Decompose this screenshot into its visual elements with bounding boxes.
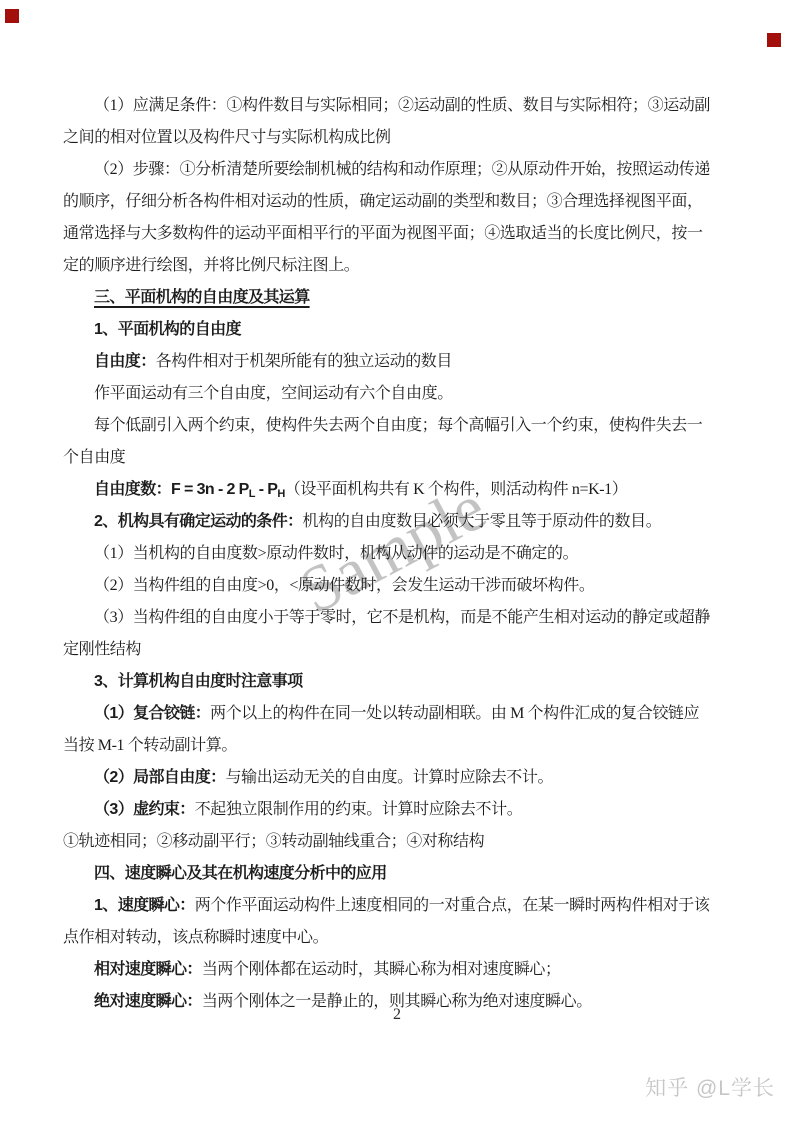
section-heading-three: 三、平面机构的自由度及其运算 — [63, 282, 733, 314]
text-segment: 点作相对转动，该点称瞬时速度中心。 — [63, 929, 328, 946]
text-segment: 当两个刚体都在运动时，其瞬心称为相对速度瞬心； — [202, 961, 561, 978]
term-relative-instant-center: 相对速度瞬心：当两个刚体都在运动时，其瞬心称为相对速度瞬心； — [63, 954, 733, 986]
text-segment: 三、平面机构的自由度及其运算 — [94, 289, 310, 306]
para-steps-l2: 的顺序，仔细分析各构件相对运动的性质，确定运动副的类型和数目；③合理选择视图平面… — [63, 186, 733, 218]
item-dof-lessequal-l1: （3）当构件组的自由度小于等于零时，它不是机构，而是不能产生相对运动的静定或超静 — [63, 602, 733, 634]
text-segment: - P — [255, 481, 278, 498]
text-segment: 每个低副引入两个约束，使构件失去两个自由度；每个高幅引入一个约束，使构件失去一 — [94, 417, 702, 434]
text-segment: 当按 M-1 个转动副计算。 — [63, 737, 237, 754]
text-segment: （2）局部自由度： — [94, 769, 226, 786]
text-segment: 3、计算机构自由度时注意事项 — [94, 673, 303, 690]
text-segment: 两个以上的构件在同一处以转动副相联。由 M 个构件汇成的复合铰链应 — [210, 705, 699, 722]
term-local-freedom: （2）局部自由度：与输出运动无关的自由度。计算时应除去不计。 — [63, 762, 733, 794]
page-number: 2 — [0, 1006, 794, 1024]
list-virtual-constraint-cases: ①轨迹相同；②移动副平行；③转动副轴线重合；④对称结构 — [63, 826, 733, 858]
para-steps-l1: （2）步骤：①分析清楚所要绘制机械的结构和动作原理；②从原动件开始，按照运动传递 — [63, 154, 733, 186]
para-steps-l4: 定的顺序进行绘图，并将比例尺标注图上。 — [63, 250, 733, 282]
red-corner-mark-top-left — [5, 9, 19, 23]
term-freedom: 自由度：各构件相对于机架所能有的独立运动的数目 — [63, 346, 733, 378]
text-segment: 自由度： — [94, 353, 156, 370]
text-segment: H — [277, 488, 284, 500]
item-dof-greater: （1）当机构的自由度数>原动件数时，机构从动件的运动是不确定的。 — [63, 538, 733, 570]
text-segment: 1、速度瞬心： — [94, 897, 195, 914]
text-segment: 作平面运动有三个自由度，空间运动有六个自由度。 — [94, 385, 453, 402]
text-segment: （1）应满足条件：①构件数目与实际相同；②运动副的性质、数目与实际相符；③运动副 — [94, 97, 710, 114]
text-segment: 之间的相对位置以及构件尺寸与实际机构成比例 — [63, 129, 391, 146]
text-segment: 与输出运动无关的自由度。计算时应除去不计。 — [226, 769, 554, 786]
text-segment: （2）当构件组的自由度>0，<原动件数时，会发生运动干涉而破坏构件。 — [94, 577, 594, 594]
text-segment: F = 3n - 2 P — [171, 481, 249, 498]
text-segment: （设平面机构共有 K 个构件，则活动构件 n=K-1） — [285, 481, 628, 498]
body-constraints-l1: 每个低副引入两个约束，使构件失去两个自由度；每个高幅引入一个约束，使构件失去一 — [63, 410, 733, 442]
text-segment: 定的顺序进行绘图，并将比例尺标注图上。 — [63, 257, 359, 274]
text-segment: 两个作平面运动构件上速度相同的一对重合点，在某一瞬时两构件相对于该 — [195, 897, 710, 914]
text-segment: 个自由度 — [63, 449, 125, 466]
text-segment: 的顺序，仔细分析各构件相对运动的性质，确定运动副的类型和数目；③合理选择视图平面… — [63, 193, 703, 210]
para-steps-l3: 通常选择与大多数构件的运动平面相平行的平面为视图平面；④选取适当的长度比例尺，按… — [63, 218, 733, 250]
text-segment: 定刚性结构 — [63, 641, 141, 658]
text-segment: 四、速度瞬心及其在机构速度分析中的应用 — [94, 865, 387, 882]
text-segment: 自由度数： — [94, 481, 171, 498]
term-compound-hinge-l1: （1）复合铰链：两个以上的构件在同一处以转动副相联。由 M 个构件汇成的复合铰链… — [63, 698, 733, 730]
text-segment: （2）步骤：①分析清楚所要绘制机械的结构和动作原理；②从原动件开始，按照运动传递 — [94, 161, 710, 178]
text-segment: （1）当机构的自由度数>原动件数时，机构从动件的运动是不确定的。 — [94, 545, 578, 562]
text-segment: （3）虚约束： — [94, 801, 195, 818]
text-segment: ①轨迹相同；②移动副平行；③转动副轴线重合；④对称结构 — [63, 833, 484, 850]
text-segment: 不起独立限制作用的约束。计算时应除去不计。 — [195, 801, 523, 818]
zhihu-author-watermark: 知乎 @L学长 — [645, 1072, 775, 1102]
term-velocity-instant-center-l1: 1、速度瞬心：两个作平面运动构件上速度相同的一对重合点，在某一瞬时两构件相对于该 — [63, 890, 733, 922]
formula-freedom: 自由度数：F = 3n - 2 PL - PH（设平面机构共有 K 个构件，则活… — [63, 474, 733, 506]
section-heading-four: 四、速度瞬心及其在机构速度分析中的应用 — [63, 858, 733, 890]
term-velocity-instant-center-l2: 点作相对转动，该点称瞬时速度中心。 — [63, 922, 733, 954]
text-segment: 1、平面机构的自由度 — [94, 321, 241, 338]
body-constraints-l2: 个自由度 — [63, 442, 733, 474]
document-body: （1）应满足条件：①构件数目与实际相同；②运动副的性质、数目与实际相符；③运动副… — [63, 90, 733, 1018]
subsection-heading-3: 3、计算机构自由度时注意事项 — [63, 666, 733, 698]
term-compound-hinge-l2: 当按 M-1 个转动副计算。 — [63, 730, 733, 762]
text-segment: 相对速度瞬心： — [94, 961, 202, 978]
text-segment: 2、机构具有确定运动的条件： — [94, 513, 303, 530]
document-page: Sample （1）应满足条件：①构件数目与实际相同；②运动副的性质、数目与实际… — [0, 0, 794, 1121]
text-segment: （3）当构件组的自由度小于等于零时，它不是机构，而是不能产生相对运动的静定或超静 — [94, 609, 710, 626]
item-dof-between: （2）当构件组的自由度>0，<原动件数时，会发生运动干涉而破坏构件。 — [63, 570, 733, 602]
text-segment: 通常选择与大多数构件的运动平面相平行的平面为视图平面；④选取适当的长度比例尺，按… — [63, 225, 703, 242]
term-virtual-constraint: （3）虚约束：不起独立限制作用的约束。计算时应除去不计。 — [63, 794, 733, 826]
subsection-heading-2: 2、机构具有确定运动的条件：机构的自由度数目必须大于零且等于原动件的数目。 — [63, 506, 733, 538]
red-corner-mark-top-right — [767, 33, 781, 47]
text-segment: 各构件相对于机架所能有的独立运动的数目 — [156, 353, 452, 370]
text-segment: 机构的自由度数目必须大于零且等于原动件的数目。 — [303, 513, 662, 530]
item-dof-lessequal-l2: 定刚性结构 — [63, 634, 733, 666]
body-planar-motion: 作平面运动有三个自由度，空间运动有六个自由度。 — [63, 378, 733, 410]
para-conditions-l2: 之间的相对位置以及构件尺寸与实际机构成比例 — [63, 122, 733, 154]
subsection-heading-1: 1、平面机构的自由度 — [63, 314, 733, 346]
para-conditions-l1: （1）应满足条件：①构件数目与实际相同；②运动副的性质、数目与实际相符；③运动副 — [63, 90, 733, 122]
text-segment: （1）复合铰链： — [94, 705, 210, 722]
